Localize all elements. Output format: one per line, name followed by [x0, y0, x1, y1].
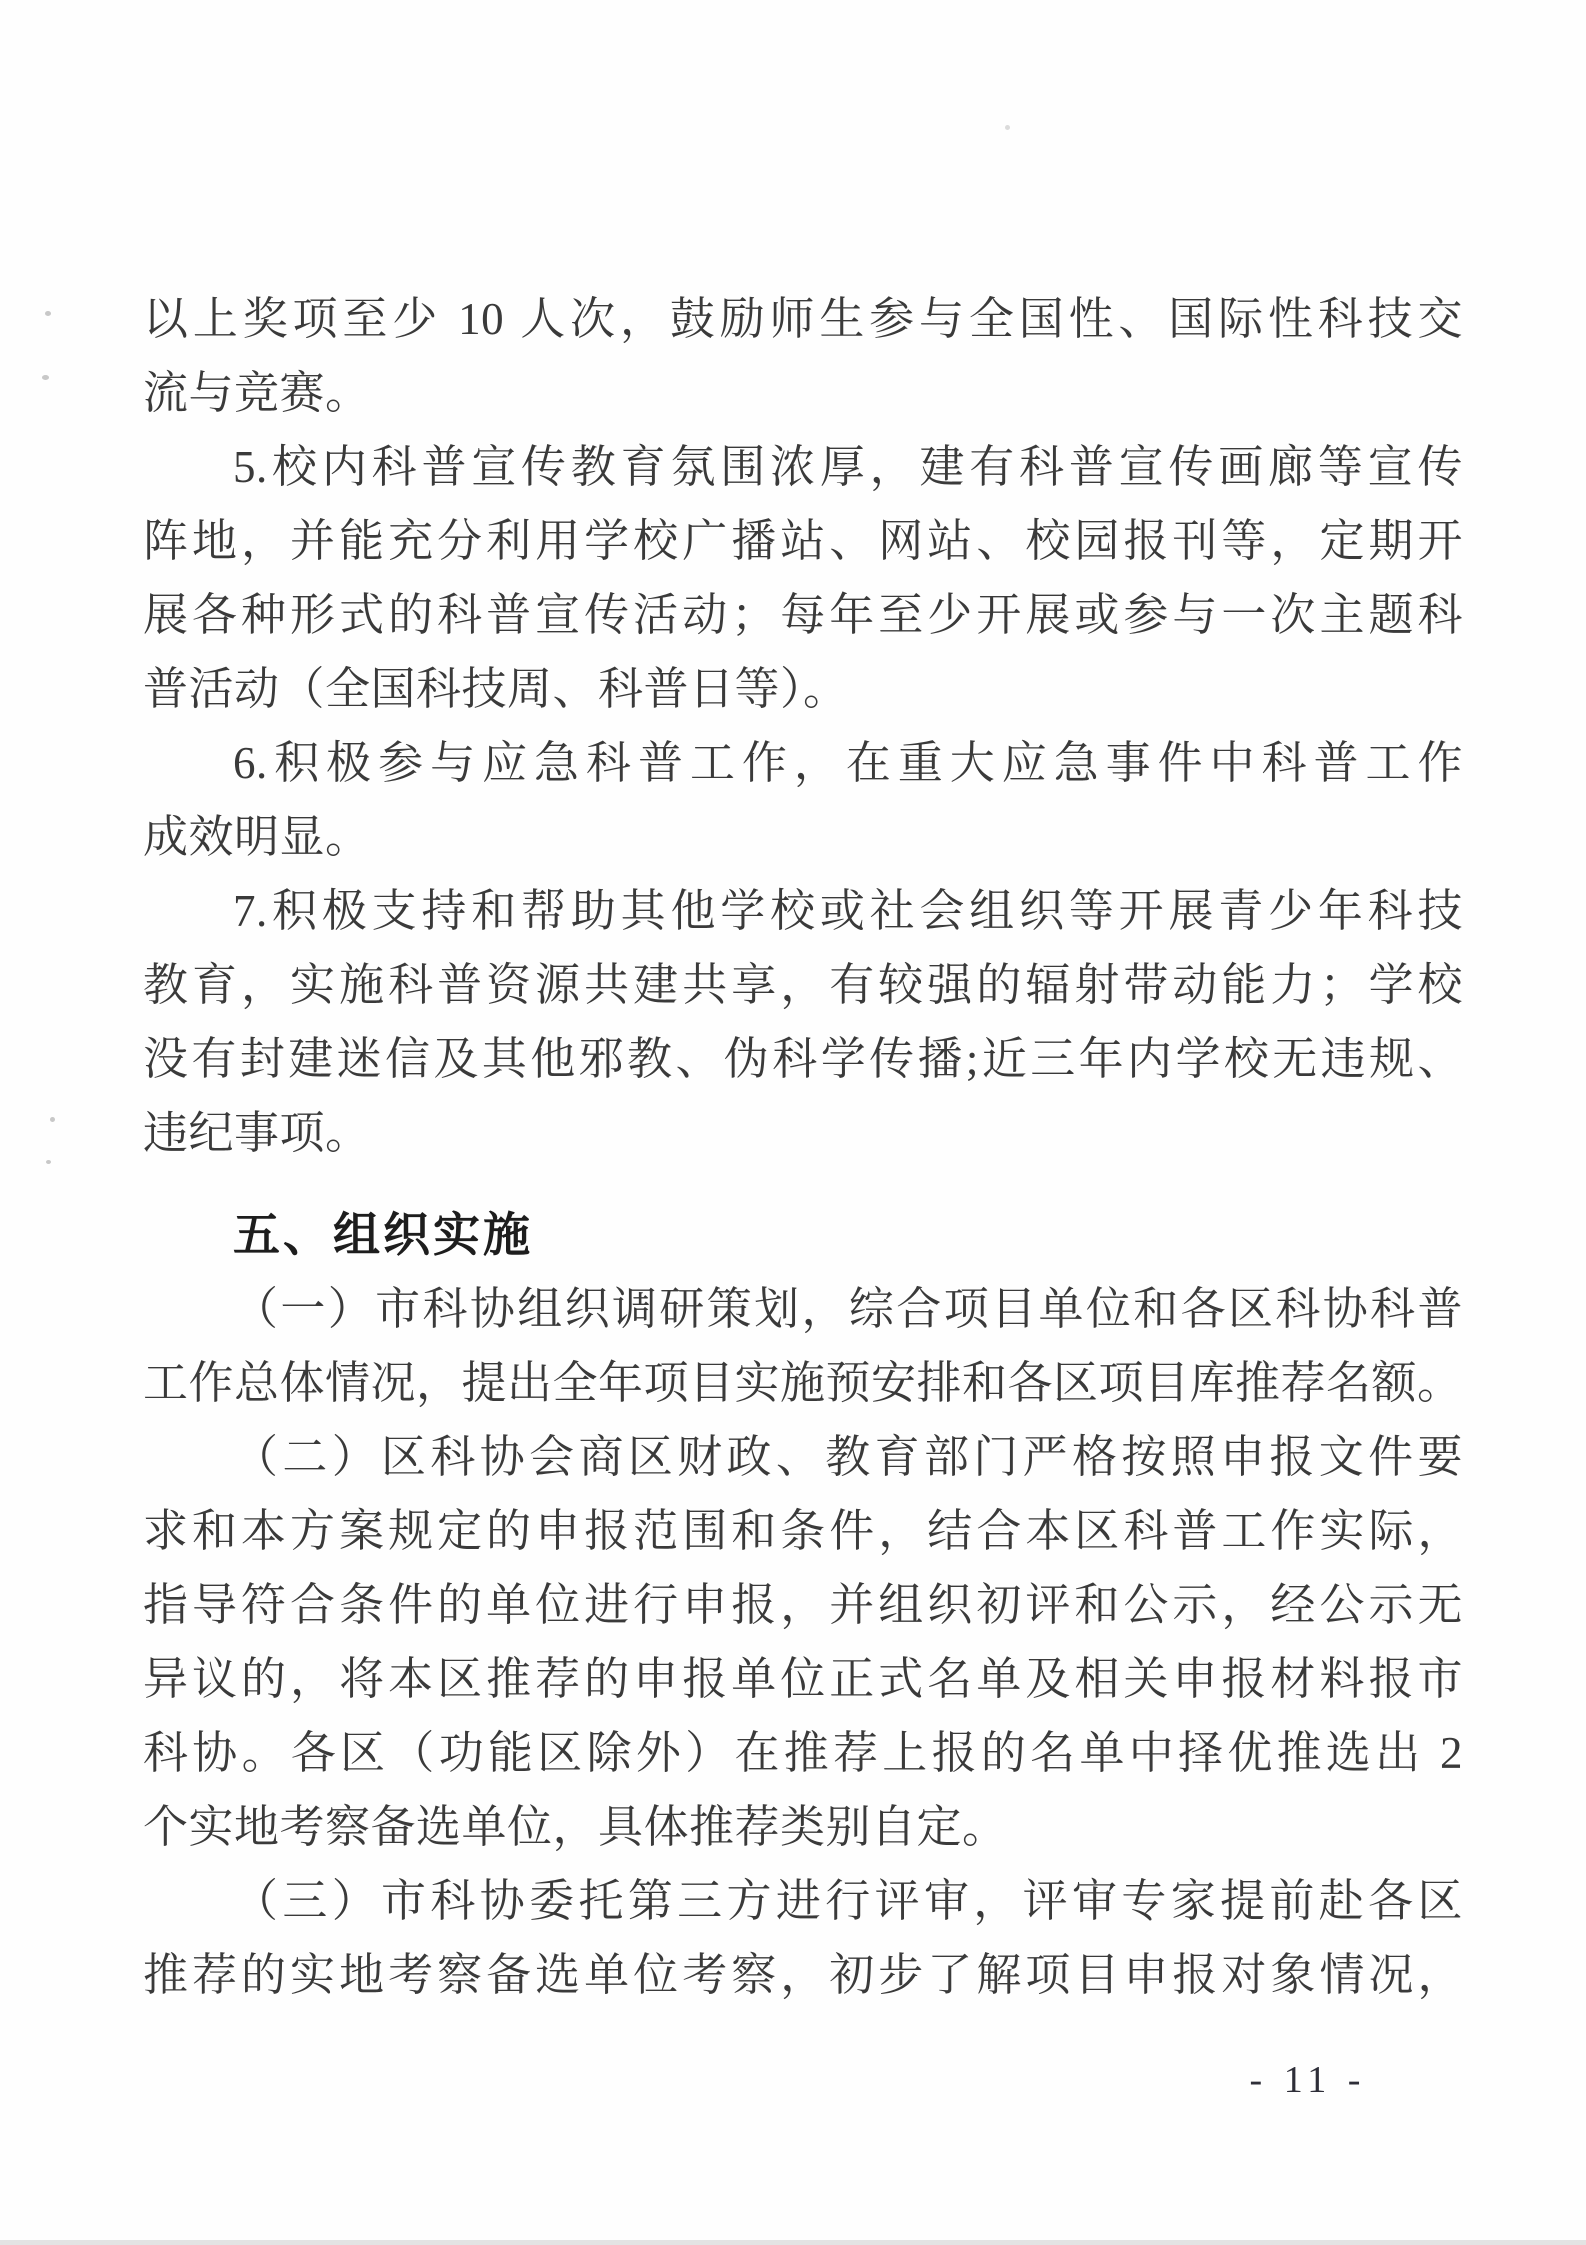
text-line: 指导符合条件的单位进行申报，并组织初评和公示，经公示无 [143, 1568, 1463, 1642]
scan-speck [1005, 125, 1010, 130]
text-line: 推荐的实地考察备选单位考察，初步了解项目申报对象情况， [143, 1938, 1463, 2012]
page-number: - 11 - [1238, 2058, 1378, 2102]
text-line: 7.积极支持和帮助其他学校或社会组织等开展青少年科技 [143, 874, 1463, 948]
text-line: 个实地考察备选单位，具体推荐类别自定。 [143, 1790, 1463, 1864]
scan-speck [50, 1117, 55, 1122]
section-heading: 五、组织实施 [143, 1198, 1463, 1272]
document-page: 以上奖项至少 10 人次，鼓励师生参与全国性、国际性科技交 流与竞赛。 5.校内… [0, 0, 1586, 2245]
text-line: （二）区科协会商区财政、教育部门严格按照申报文件要 [143, 1420, 1463, 1494]
text-line: 异议的，将本区推荐的申报单位正式名单及相关申报材料报市 [143, 1642, 1463, 1716]
scan-speck [46, 1160, 51, 1164]
text-line: 流与竞赛。 [143, 356, 1463, 430]
text-line: 没有封建迷信及其他邪教、伪科学传播;近三年内学校无违规、 [143, 1022, 1463, 1096]
text-block: 以上奖项至少 10 人次，鼓励师生参与全国性、国际性科技交 流与竞赛。 5.校内… [143, 282, 1463, 2012]
text-line: 5.校内科普宣传教育氛围浓厚，建有科普宣传画廊等宣传 [143, 430, 1463, 504]
scan-speck [42, 375, 49, 380]
text-line: 违纪事项。 [143, 1096, 1463, 1170]
text-line: 成效明显。 [143, 800, 1463, 874]
text-line: （三）市科协委托第三方进行评审，评审专家提前赴各区 [143, 1864, 1463, 1938]
scan-speck [45, 311, 51, 316]
text-line: 以上奖项至少 10 人次，鼓励师生参与全国性、国际性科技交 [143, 282, 1463, 356]
text-line: 普活动（全国科技周、科普日等）。 [143, 652, 1463, 726]
text-line: 工作总体情况，提出全年项目实施预安排和各区项目库推荐名额。 [143, 1346, 1463, 1420]
text-line: 科协。各区（功能区除外）在推荐上报的名单中择优推选出 2 [143, 1716, 1463, 1790]
text-line: 教育，实施科普资源共建共享，有较强的辐射带动能力；学校 [143, 948, 1463, 1022]
text-line: 6.积极参与应急科普工作，在重大应急事件中科普工作 [143, 726, 1463, 800]
text-line: 阵地，并能充分利用学校广播站、网站、校园报刊等，定期开 [143, 504, 1463, 578]
text-line: 求和本方案规定的申报范围和条件，结合本区科普工作实际， [143, 1494, 1463, 1568]
text-line: 展各种形式的科普宣传活动；每年至少开展或参与一次主题科 [143, 578, 1463, 652]
text-line: （一）市科协组织调研策划，综合项目单位和各区科协科普 [143, 1272, 1463, 1346]
scan-bottom-edge [0, 2240, 1586, 2245]
